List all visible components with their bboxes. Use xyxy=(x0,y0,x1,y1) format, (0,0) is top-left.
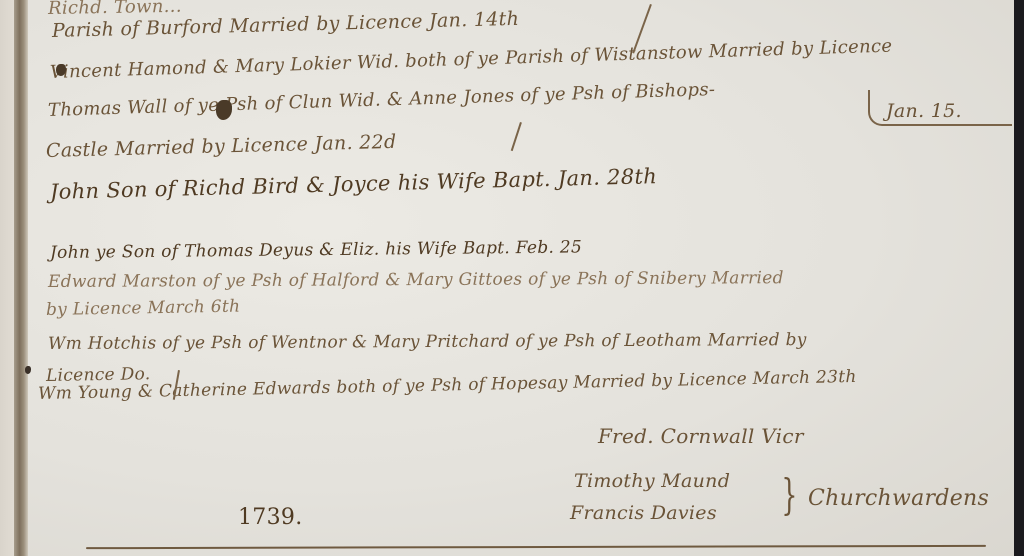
book-gutter xyxy=(14,0,28,556)
entry-line: Wm Hotchis of ye Psh of Wentnor & Mary P… xyxy=(48,330,807,354)
entry-line: Edward Marston of ye Psh of Halford & Ma… xyxy=(48,268,784,292)
entry-line: by Licence March 6th xyxy=(46,297,241,320)
year-label: 1739. xyxy=(238,505,302,530)
churchwardens-label: Churchwardens xyxy=(808,486,989,511)
churchwarden-signature: Francis Davies xyxy=(570,502,717,524)
churchwarden-signature: Timothy Maund xyxy=(574,470,730,492)
vicar-signature: Fred. Cornwall Vicr xyxy=(598,424,804,448)
brace-icon: } xyxy=(781,470,797,519)
page-edge-shadow xyxy=(1014,0,1024,556)
margin-note-date: Jan. 15. xyxy=(886,100,962,122)
